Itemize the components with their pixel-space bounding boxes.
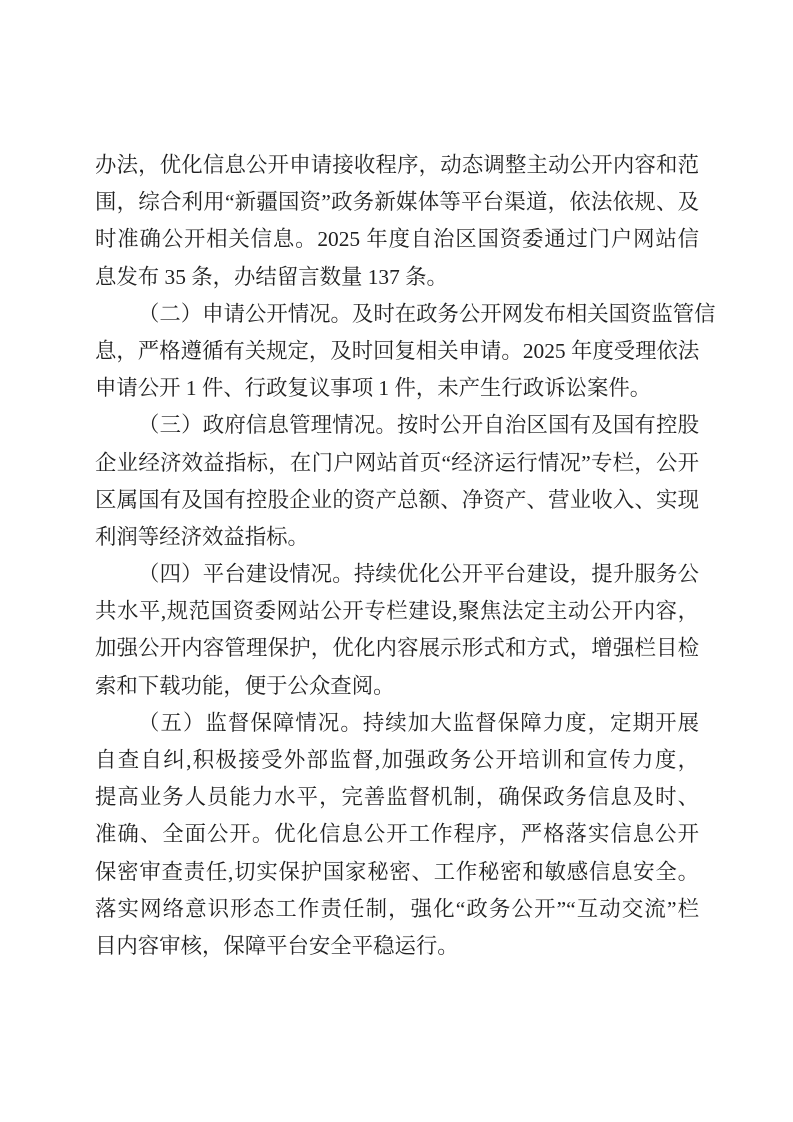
text-line: 围，综合利用“新疆国资”政务新媒体等平台渠道，依法依规、及 <box>95 184 699 221</box>
text-line: 索和下载功能，便于公众查阅。 <box>95 668 699 705</box>
section-heading: （五）监督保障情况。 <box>138 711 363 735</box>
text-line: 目内容审核，保障平台安全平稳运行。 <box>95 928 699 965</box>
text-line: （四）平台建设情况。持续优化公开平台建设，提升服务公 <box>95 556 699 593</box>
text-line: 共水平,规范国资委网站公开专栏建设,聚焦法定主动公开内容， <box>95 593 699 630</box>
text-line: 落实网络意识形态工作责任制，强化“政务公开”“互动交流”栏 <box>95 891 699 928</box>
text-line: （二）申请公开情况。及时在政务公开网发布相关国资监管信 <box>95 296 699 333</box>
text-line: 申请公开 1 件、行政复议事项 1 件，未产生行政诉讼案件。 <box>95 370 699 407</box>
paragraph-section-2: （二）申请公开情况。及时在政务公开网发布相关国资监管信 息，严格遵循有关规定，及… <box>95 296 699 408</box>
section-heading: （二）申请公开情况。 <box>138 302 352 326</box>
text-line: 时准确公开相关信息。2025 年度自治区国资委通过门户网站信 <box>95 221 699 258</box>
text-line: （三）政府信息管理情况。按时公开自治区国有及国有控股 <box>95 407 699 444</box>
text-line: 自查自纠,积极接受外部监督,加强政务公开培训和宣传力度， <box>95 742 699 779</box>
section-heading: （三）政府信息管理情况。 <box>138 413 397 437</box>
text-line: 息，严格遵循有关规定，及时回复相关申请。2025 年度受理依法 <box>95 333 699 370</box>
text-line: 区属国有及国有控股企业的资产总额、净资产、营业收入、实现 <box>95 482 699 519</box>
text-line: 保密审查责任,切实保护国家秘密、工作秘密和敏感信息安全。 <box>95 854 699 891</box>
paragraph-section-3: （三）政府信息管理情况。按时公开自治区国有及国有控股 企业经济效益指标，在门户网… <box>95 407 699 556</box>
paragraph-section-5: （五）监督保障情况。持续加大监督保障力度，定期开展 自查自纠,积极接受外部监督,… <box>95 705 699 965</box>
document-page: 办法，优化信息公开申请接收程序，动态调整主动公开内容和范 围，综合利用“新疆国资… <box>0 0 793 1122</box>
text-line: 利润等经济效益指标。 <box>95 519 699 556</box>
document-body: 办法，优化信息公开申请接收程序，动态调整主动公开内容和范 围，综合利用“新疆国资… <box>95 147 699 965</box>
text-line: 办法，优化信息公开申请接收程序，动态调整主动公开内容和范 <box>95 147 699 184</box>
section-heading: （四）平台建设情况。 <box>138 562 354 586</box>
line-text: 按时公开自治区国有及国有控股 <box>397 413 699 437</box>
line-text: 及时在政务公开网发布相关国资监管信 <box>352 302 716 326</box>
text-line: （五）监督保障情况。持续加大监督保障力度，定期开展 <box>95 705 699 742</box>
text-line: 准确、全面公开。优化信息公开工作程序，严格落实信息公开 <box>95 816 699 853</box>
paragraph-section-4: （四）平台建设情况。持续优化公开平台建设，提升服务公 共水平,规范国资委网站公开… <box>95 556 699 705</box>
text-line: 加强公开内容管理保护，优化内容展示形式和方式，增强栏目检 <box>95 630 699 667</box>
text-line: 企业经济效益指标，在门户网站首页“经济运行情况”专栏，公开 <box>95 445 699 482</box>
paragraph-continuation: 办法，优化信息公开申请接收程序，动态调整主动公开内容和范 围，综合利用“新疆国资… <box>95 147 699 296</box>
text-line: 提高业务人员能力水平，完善监督机制，确保政务信息及时、 <box>95 779 699 816</box>
text-line: 息发布 35 条，办结留言数量 137 条。 <box>95 259 699 296</box>
line-text: 持续优化公开平台建设，提升服务公 <box>354 562 699 586</box>
line-text: 持续加大监督保障力度，定期开展 <box>363 711 699 735</box>
